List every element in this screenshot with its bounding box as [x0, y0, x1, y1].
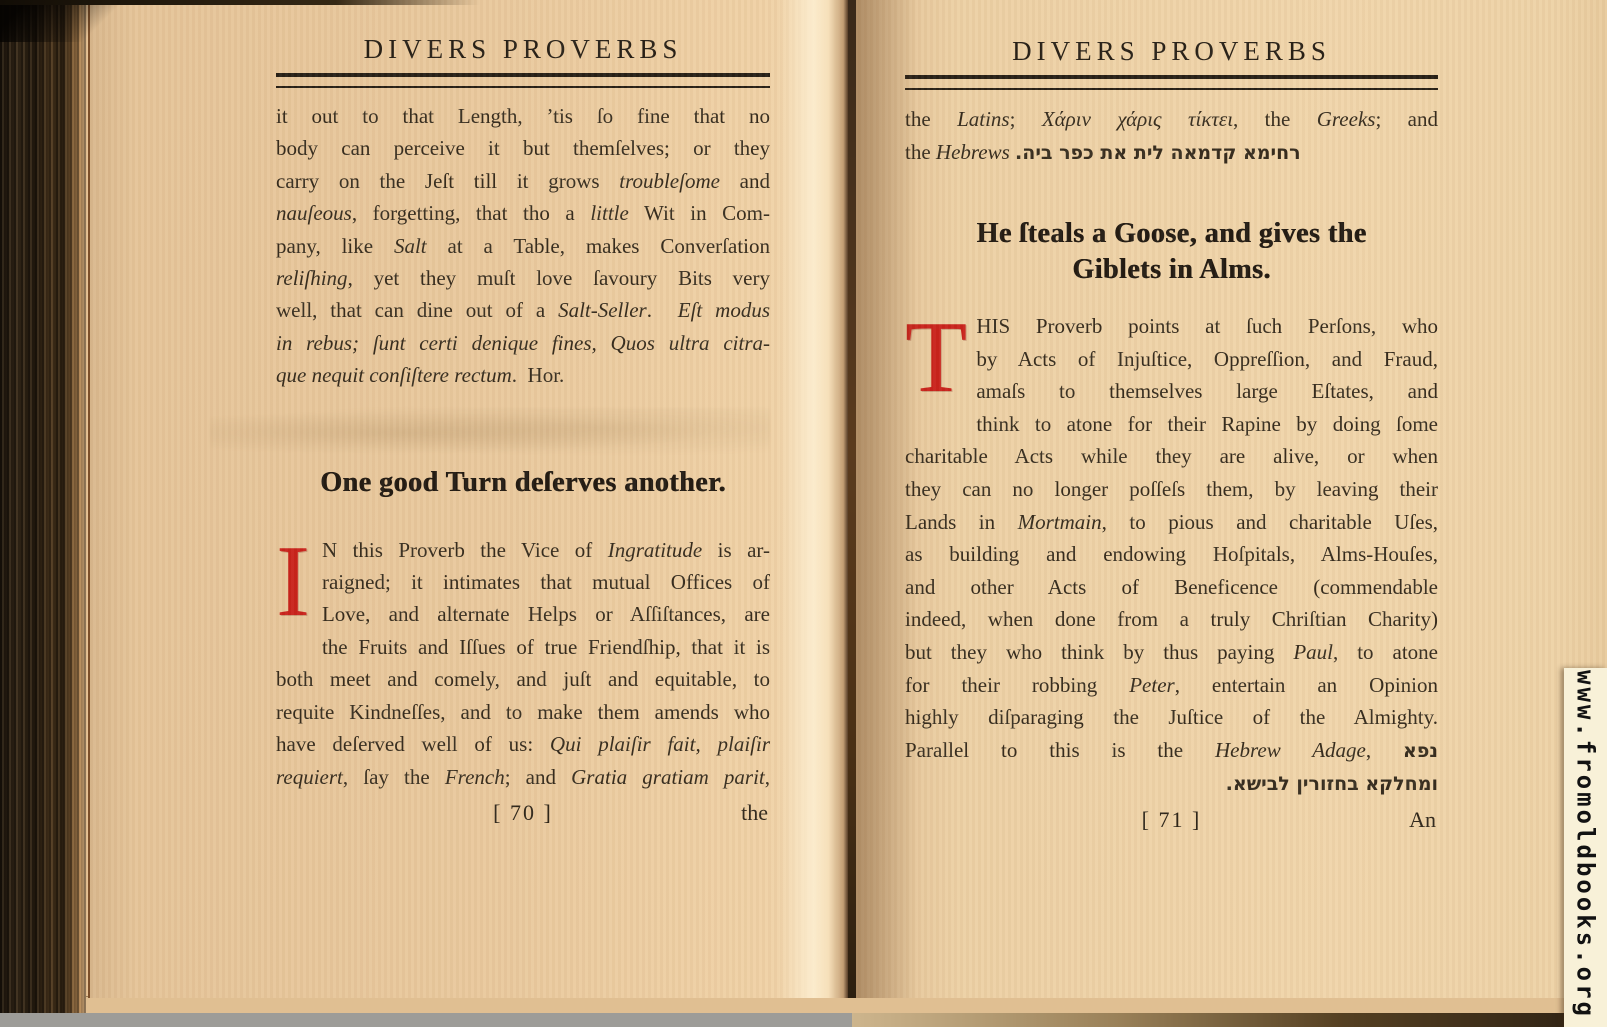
- text-line: highly diſparaging the Juſtice of the Al…: [905, 701, 1438, 734]
- text-line: que nequit conſiſtere rectum. Hor.: [276, 359, 770, 391]
- section-heading-left: One good Turn deſerves another.: [276, 465, 770, 501]
- book-spine-edge: [0, 0, 88, 1027]
- watermark-text: www.fromoldbooks.org: [1572, 668, 1600, 1027]
- page-number: [ 71 ]: [905, 807, 1438, 833]
- text-line: amaſs to themselves large Eſtates, and: [905, 375, 1438, 408]
- text-line: charitable Acts while they are alive, or…: [905, 440, 1438, 473]
- page-number: [ 70 ]: [276, 800, 770, 826]
- text-line: raigned; it intimates that mutual Office…: [276, 566, 770, 598]
- running-head-right: DIVERS PROVERBS: [905, 36, 1438, 67]
- text-line: as building and endowing Hoſpitals, Alms…: [905, 538, 1438, 571]
- catchword: An: [1409, 807, 1436, 833]
- text-line: in rebus; ſunt certi denique fines, Quos…: [276, 327, 770, 359]
- paragraph-continuation-right: the Latins; Χάριν χάρις τίκτει, the Gree…: [905, 103, 1438, 170]
- text-line: the Hebrews רחימא קדמאה לית את כפר ביה.: [905, 136, 1438, 170]
- text-line: the Fruits and Iſſues of true Friendſhip…: [276, 631, 770, 663]
- book-bottom-edge: [852, 1013, 1607, 1027]
- text-line: think to atone for their Rapine by doing…: [905, 408, 1438, 441]
- drop-cap-letter: I: [276, 540, 310, 634]
- top-page-edge: [0, 0, 480, 5]
- gutter-shadow: [856, 0, 918, 998]
- text-line: nauſeous, forgetting, that tho a little …: [276, 197, 770, 229]
- text-line: pany, like Salt at a Table, makes Conver…: [276, 230, 770, 262]
- right-page: DIVERS PROVERBS the Latins; Χάριν χάρις …: [852, 0, 1607, 998]
- text-line: reliſhing, yet they muſt love ſavoury Bi…: [276, 262, 770, 294]
- section-heading-right: He ſteals a Goose, and gives the Giblets…: [905, 216, 1438, 288]
- header-rule-right: [905, 75, 1438, 90]
- text-line: but they who think by thus paying Paul, …: [905, 636, 1438, 669]
- text-line: it out to that Length, ’tis ſo fine that…: [276, 100, 770, 132]
- text-line: by Acts of Injuſtice, Oppreſſion, and Fr…: [905, 343, 1438, 376]
- page-footer-left: [ 70 ] the: [276, 800, 770, 834]
- paragraph-one-good-turn: I N this Proverb the Vice of Ingratitude…: [276, 534, 770, 793]
- text-line: carry on the Jeſt till it grows troubleſ…: [276, 165, 770, 197]
- text-line: ומחלקא בחזורין לבישא.: [905, 767, 1438, 801]
- text-line: Love, and alternate Helps or Aſſiſtances…: [276, 598, 770, 630]
- text-line: have deſerved well of us: Qui plaiſir fa…: [276, 728, 770, 760]
- text-line: N this Proverb the Vice of Ingratitude i…: [276, 534, 770, 566]
- heading-line: Giblets in Alms.: [905, 252, 1438, 288]
- running-head-left: DIVERS PROVERBS: [276, 34, 770, 65]
- book-scan: DIVERS PROVERBS it out to that Length, ’…: [0, 0, 1607, 1027]
- heading-line: He ſteals a Goose, and gives the: [905, 216, 1438, 252]
- text-line: and other Acts of Beneficence (commendab…: [905, 571, 1438, 604]
- text-line: both meet and comely, and juſt and equit…: [276, 663, 770, 695]
- text-line: the Latins; Χάριν χάρις τίκτει, the Gree…: [905, 103, 1438, 136]
- paragraph-goose-giblets: T HIS Proverb points at ſuch Perſons, wh…: [905, 310, 1438, 801]
- page-footer-right: [ 71 ] An: [905, 807, 1438, 841]
- gutter-fold: [848, 0, 856, 998]
- text-line: requiert, ſay the French; and Gratia gra…: [276, 761, 770, 793]
- corner-shadow: [0, 0, 150, 42]
- text-line: well, that can dine out of a Salt-Seller…: [276, 294, 770, 326]
- text-line: body can perceive it but themſelves; or …: [276, 132, 770, 164]
- paragraph-continuation: it out to that Length, ’tis ſo fine that…: [276, 100, 770, 392]
- text-line: for their robbing Peter, entertain an Op…: [905, 669, 1438, 702]
- scanner-background: [0, 1013, 852, 1027]
- catchword: the: [741, 800, 768, 826]
- text-line: Lands in Mortmain, to pious and charitab…: [905, 506, 1438, 539]
- text-line: indeed, when done from a truly Chriſtian…: [905, 603, 1438, 636]
- watermark-strip: www.fromoldbooks.org: [1564, 668, 1607, 1027]
- text-line: they can no longer poſſeſs them, by leav…: [905, 473, 1438, 506]
- text-line: HIS Proverb points at ſuch Perſons, who: [905, 310, 1438, 343]
- gutter-highlight: [778, 0, 848, 998]
- left-page: DIVERS PROVERBS it out to that Length, ’…: [88, 0, 854, 998]
- text-line: requite Kindneſſes, and to make them ame…: [276, 696, 770, 728]
- header-rule-left: [276, 73, 770, 88]
- text-line: Parallel to this is the Hebrew Adage, נפ…: [905, 734, 1438, 768]
